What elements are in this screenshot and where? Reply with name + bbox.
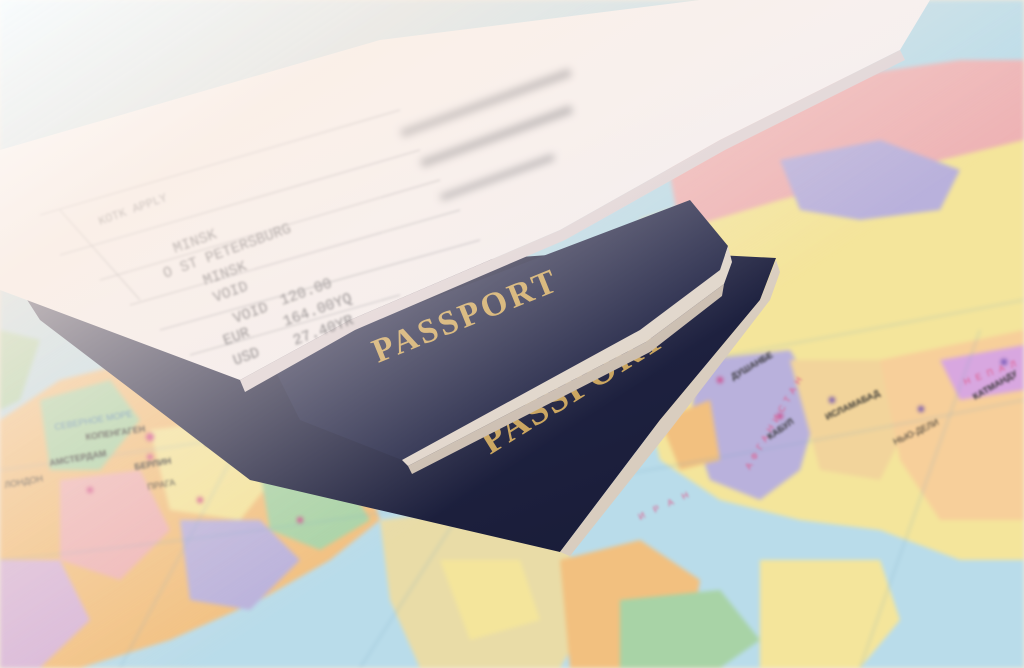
photo-canvas: КОПЕНГАГЕН ВАРШАВА АМСТЕРДАМ БЕРЛИН СЕВЕ… [0, 0, 1024, 668]
photo-scene: КОПЕНГАГЕН ВАРШАВА АМСТЕРДАМ БЕРЛИН СЕВЕ… [0, 0, 1024, 668]
